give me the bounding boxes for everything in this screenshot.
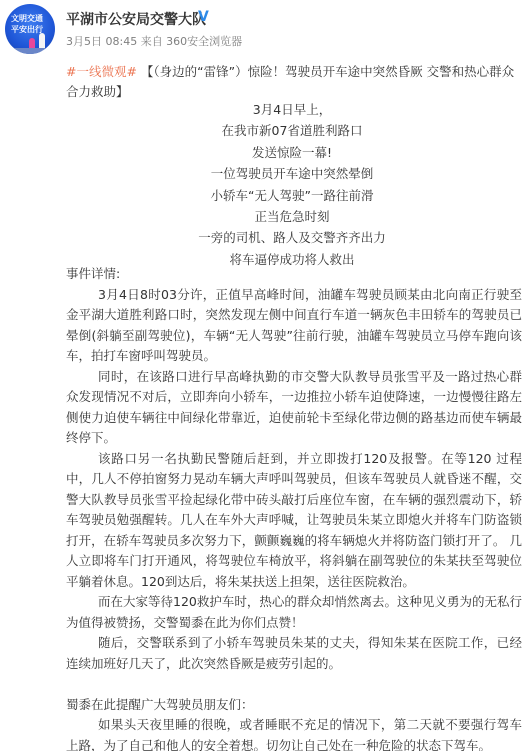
reminder-text: 如果头天夜里睡的很晚，或者睡眠不充足的情况下，第二天就不要强行驾车上路，为了自己… xyxy=(66,715,522,751)
author-name-link[interactable]: 平湖市公安局交警大队 xyxy=(66,9,206,29)
post-title-line-2: 合力救助】 xyxy=(66,82,129,100)
post-title-line-1: #一线微观# 【（身边的“雷锋”）惊险！驾驶员开车途中突然昏厥 交警和热心群众 xyxy=(66,62,514,80)
poem-line: 一位驾驶员开车途中突然晕倒 xyxy=(66,163,518,184)
poem-line: 在我市新07省道胜利路口 xyxy=(66,120,518,141)
paragraph: 随后，交警联系到了小轿车驾驶员朱某的丈夫，得知朱某在医院工作，已经连续加班好几天… xyxy=(66,633,522,674)
paragraph: 3月4日8时03分许，正值早高峰时间，油罐车驾驶员顾某由北向南正行驶至金平湖大道… xyxy=(66,285,522,367)
reminder-heading: 蜀黍在此提醒广大驾驶员朋友们： xyxy=(66,695,522,716)
poem-line: 小轿车“无人驾驶”一路往前滑 xyxy=(66,185,518,206)
post-meta: 3月5日 08:45 来自 360安全浏览器 xyxy=(66,33,242,49)
spacer xyxy=(66,674,522,695)
poem-line: 3月4日早上， xyxy=(66,99,518,120)
paragraph: 同时，在该路口进行早高峰执勤的市交警大队教导员张雪平及一路过热心群众发现情况不对… xyxy=(66,367,522,449)
details-heading: 事件详情: xyxy=(66,264,522,285)
hashtag-link[interactable]: #一线微观# xyxy=(66,64,137,79)
post-body: 事件详情: 3月4日8时03分许，正值早高峰时间，油罐车驾驶员顾某由北向南正行驶… xyxy=(66,264,522,751)
post-title-text: 【（身边的“雷锋”）惊险！驾驶员开车途中突然昏厥 交警和热心群众 xyxy=(137,64,514,79)
avatar[interactable]: 文明交通 平安出行 xyxy=(5,4,55,54)
poem-line: 正当危急时刻 xyxy=(66,206,518,227)
poem-line: 发送惊险一幕! xyxy=(66,142,518,163)
poem-block: 3月4日早上， 在我市新07省道胜利路口 发送惊险一幕! 一位驾驶员开车途中突然… xyxy=(66,99,518,270)
paragraph: 该路口另一名执勤民警随后赶到，并立即拨打120及报警。在等120 过程中，几人不… xyxy=(66,449,522,593)
poem-line: 一旁的司机、路人及交警齐齐出力 xyxy=(66,227,518,248)
ground-decoration xyxy=(5,48,55,54)
avatar-slogan-1: 文明交通 xyxy=(11,14,43,24)
verified-badge-icon: V xyxy=(198,9,209,25)
avatar-slogan-2: 平安出行 xyxy=(11,25,43,35)
paragraph: 而在大家等待120救护车时，热心的群众却悄然离去。这种见义勇为的无私行为值得被赞… xyxy=(66,592,522,633)
